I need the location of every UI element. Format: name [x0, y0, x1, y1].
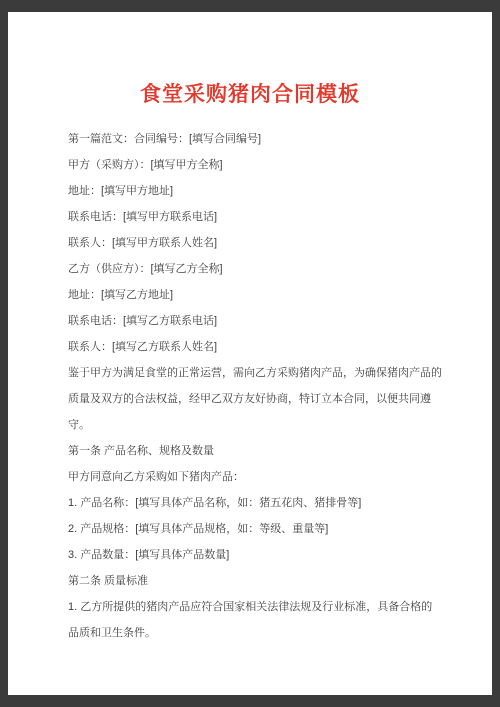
paragraph: 1. 乙方所提供的猪肉产品应符合国家相关法律法规及行业标准，具备合格的品质和卫生… [68, 594, 442, 646]
paragraph: 第一条 产品名称、规格及数量 [68, 438, 442, 464]
paragraph: 3. 产品数量：[填写具体产品数量] [68, 542, 442, 568]
paragraph: 鉴于甲方为满足食堂的正常运营，需向乙方采购猪肉产品，为确保猪肉产品的质量及双方的… [68, 360, 442, 438]
paragraph: 联系人：[填写乙方联系人姓名] [68, 334, 442, 360]
paragraph: 第一篇范文：合同编号：[填写合同编号] [68, 126, 442, 152]
page-title: 食堂采购猪肉合同模板 [8, 12, 492, 108]
paragraph: 甲方（采购方）：[填写甲方全称] [68, 152, 442, 178]
paragraph: 联系电话：[填写甲方联系电话] [68, 204, 442, 230]
paragraph: 1. 产品名称：[填写具体产品名称，如：猪五花肉、猪排骨等] [68, 490, 442, 516]
paragraph: 第二条 质量标准 [68, 568, 442, 594]
paragraph: 地址：[填写乙方地址] [68, 282, 442, 308]
paragraph: 联系电话：[填写乙方联系电话] [68, 308, 442, 334]
paragraph: 甲方同意向乙方采购如下猪肉产品： [68, 464, 442, 490]
paragraph: 联系人：[填写甲方联系人姓名] [68, 230, 442, 256]
document-body: 第一篇范文：合同编号：[填写合同编号]甲方（采购方）：[填写甲方全称]地址：[填… [68, 126, 442, 646]
window-frame: 食堂采购猪肉合同模板 第一篇范文：合同编号：[填写合同编号]甲方（采购方）：[填… [0, 0, 500, 707]
paragraph: 地址：[填写甲方地址] [68, 178, 442, 204]
paragraph: 2. 产品规格：[填写具体产品规格，如：等级、重量等] [68, 516, 442, 542]
paragraph: 乙方（供应方）：[填写乙方全称] [68, 256, 442, 282]
document-page: 食堂采购猪肉合同模板 第一篇范文：合同编号：[填写合同编号]甲方（采购方）：[填… [8, 12, 492, 695]
